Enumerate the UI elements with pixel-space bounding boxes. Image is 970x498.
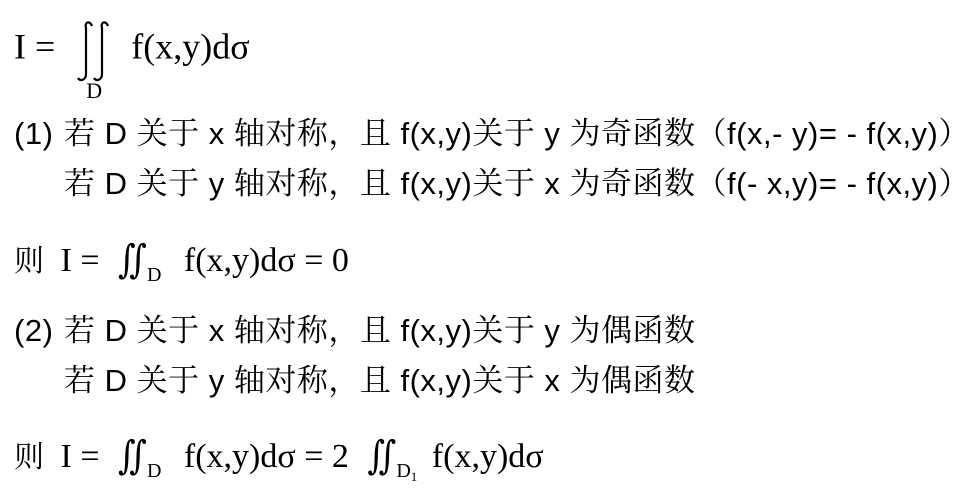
double-integral-icon: D bbox=[74, 20, 118, 80]
integral-definition: I = D f(x,y)dσ bbox=[14, 20, 250, 80]
integration-domain: D bbox=[147, 264, 161, 286]
case2-number: (2) bbox=[14, 315, 64, 346]
integration-domain: D bbox=[147, 460, 161, 482]
case2-conclusion-prefix: 则 bbox=[14, 440, 44, 475]
case2-conclusion-integrand: f(x,y)dσ = 2 bbox=[184, 438, 349, 475]
definition-integrand: f(x,y)dσ bbox=[131, 26, 249, 66]
case1-line1-text: 若 D 关于 x 轴对称，且 f(x,y)关于 y 为奇函数（f(x,- y)=… bbox=[64, 116, 970, 151]
case1-conclusion-integrand: f(x,y)dσ = 0 bbox=[184, 242, 349, 279]
double-integral-icon: ∬ bbox=[118, 241, 141, 280]
case1-conclusion-lhs: I = bbox=[61, 242, 100, 279]
definition-lhs: I = bbox=[14, 26, 55, 66]
case1-condition-y-axis: 若 D 关于 y 轴对称，且 f(x,y)关于 x 为奇函数（f(- x,y)=… bbox=[14, 168, 970, 199]
integration-domain-d1: D bbox=[396, 460, 410, 482]
case1-line2-text: 若 D 关于 y 轴对称，且 f(x,y)关于 x 为奇函数（f(- x,y)=… bbox=[64, 166, 970, 201]
case2-line1-text: 若 D 关于 x 轴对称，且 f(x,y)关于 y 为偶函数 bbox=[64, 313, 696, 348]
integration-domain-subscript: 1 bbox=[411, 469, 418, 484]
case2-condition-y-axis: 若 D 关于 y 轴对称，且 f(x,y)关于 x 为偶函数 bbox=[14, 365, 696, 396]
case2-conclusion: 则 I = ∬D f(x,y)dσ = 2 ∬D1 f(x,y)dσ bbox=[14, 440, 544, 474]
double-integral-icon: ∬ bbox=[118, 437, 141, 476]
integration-domain: D bbox=[86, 80, 102, 102]
case1-conclusion: 则 I = ∬D f(x,y)dσ = 0 bbox=[14, 244, 349, 278]
case2-condition-x-axis: (2)若 D 关于 x 轴对称，且 f(x,y)关于 y 为偶函数 bbox=[14, 315, 696, 346]
case1-condition-x-axis: (1)若 D 关于 x 轴对称，且 f(x,y)关于 y 为奇函数（f(x,- … bbox=[14, 118, 970, 149]
case2-conclusion-integrand-2: f(x,y)dσ bbox=[432, 438, 544, 475]
case2-line2-text: 若 D 关于 y 轴对称，且 f(x,y)关于 x 为偶函数 bbox=[64, 363, 696, 398]
case1-number: (1) bbox=[14, 118, 64, 149]
double-integral-icon: ∬ bbox=[367, 437, 390, 476]
case2-conclusion-lhs: I = bbox=[61, 438, 100, 475]
case1-conclusion-prefix: 则 bbox=[14, 244, 44, 279]
